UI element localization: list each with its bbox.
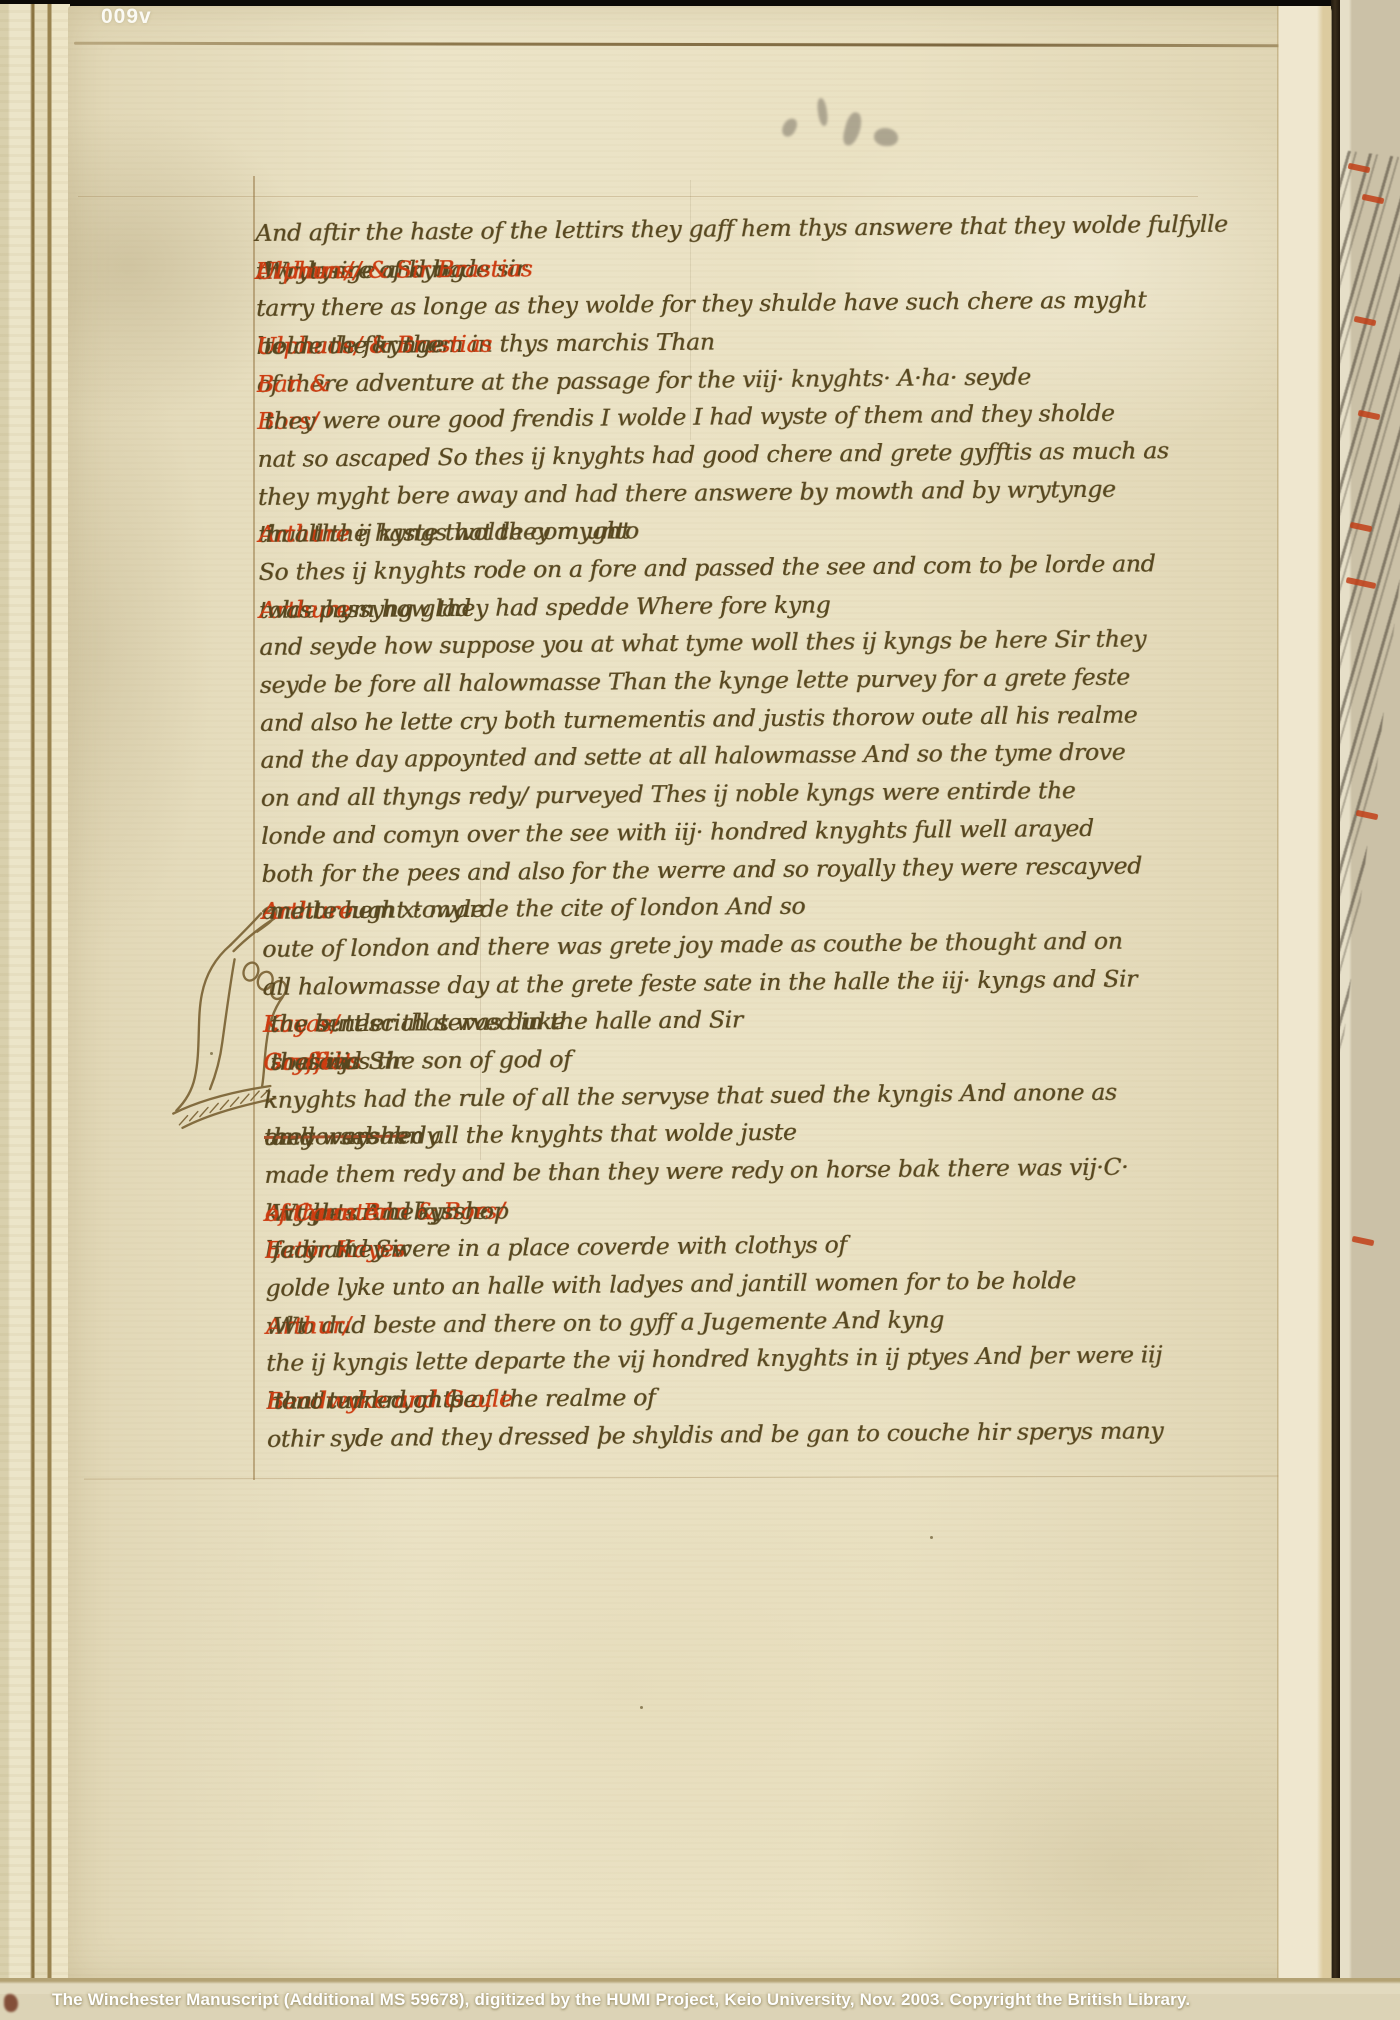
manuscript-photo-viewer: And aftir the haste of the lettirs they … [0,0,1400,2020]
speck [930,1536,933,1539]
facing-page-text [1340,150,1400,1573]
text-block: And aftir the haste of the lettirs they … [255,192,1057,1448]
facing-page-sliver [1340,0,1400,2020]
ink-smudge [874,128,898,146]
image-caption: The Winchester Manuscript (Additional MS… [52,1990,1382,2010]
speck [640,1706,643,1709]
ruled-margin-line [253,176,255,1480]
book-fore-edge-left [0,4,70,2020]
facing-page-rubric [1352,1236,1375,1246]
page-fore-edge-right [1277,6,1331,1982]
folio-number-label: 009v [101,5,152,29]
gutter-shadow [1331,0,1340,2020]
manuscript-line: othir syde and they dressed þe shyldis a… [267,1398,1057,1443]
red-corner-mark [4,1994,18,2012]
